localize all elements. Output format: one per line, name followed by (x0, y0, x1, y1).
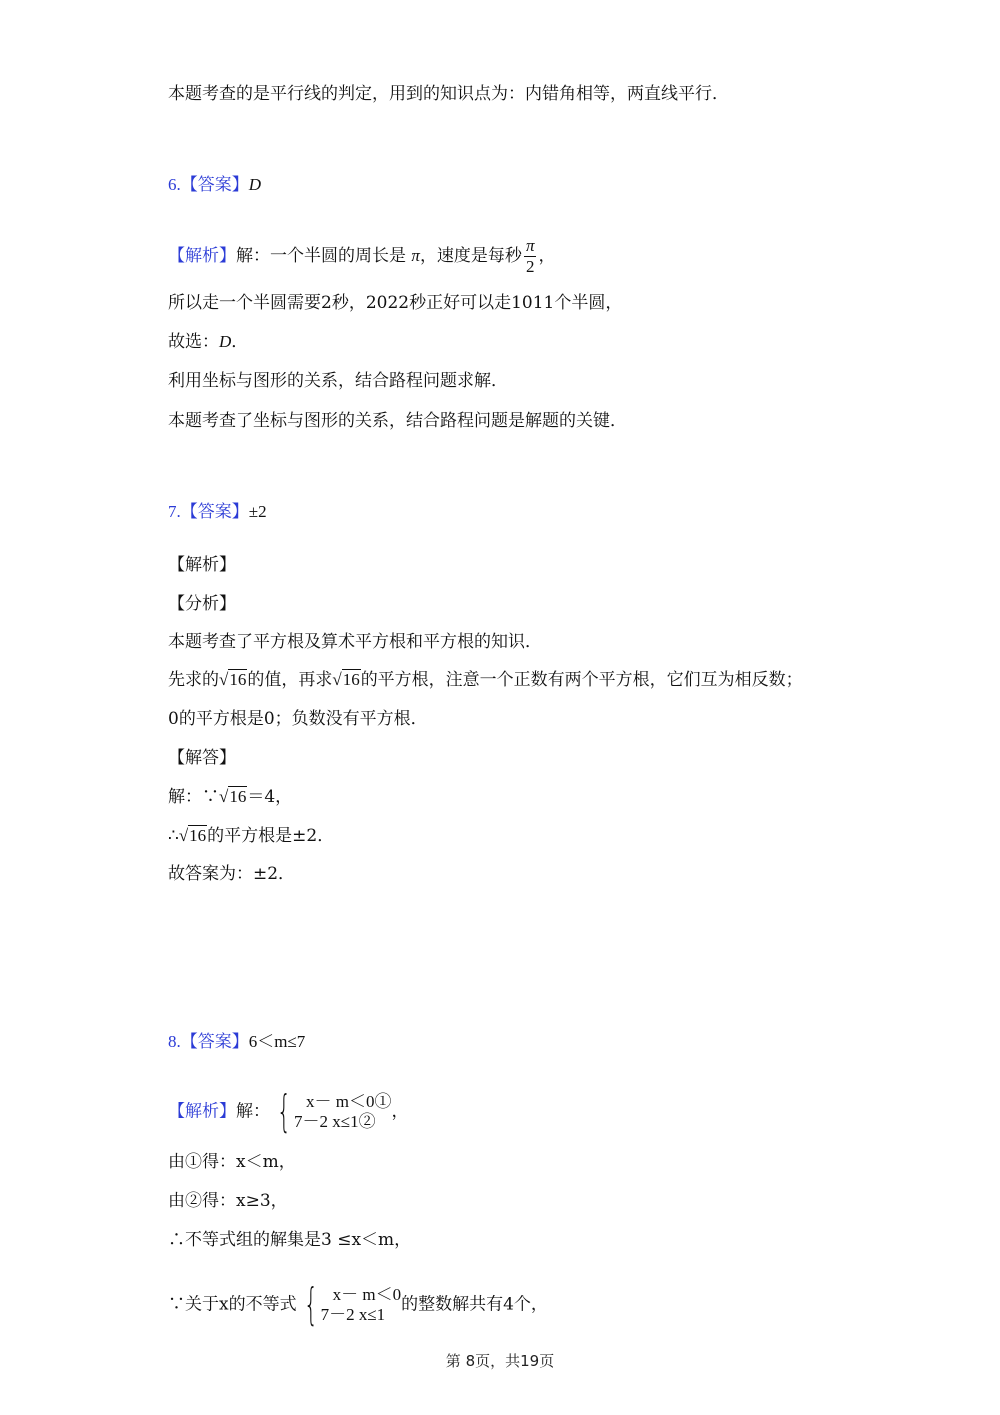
fraction-pi-over-2: π2 (524, 236, 537, 277)
radicand: 16 (188, 825, 207, 845)
q6-text: 解：一个半圆的周长是 (236, 246, 406, 266)
q7-number: 7. (168, 502, 181, 521)
q6-answer: D (249, 175, 261, 194)
radicand: 16 (228, 786, 247, 806)
q8-text: ， (391, 1102, 408, 1122)
fraction-numerator: π (524, 236, 537, 257)
left-brace-icon: { (277, 1090, 291, 1134)
q7-jieda-label: 【解答】 (168, 746, 236, 770)
q7-analysis-label: 【解析】 (168, 553, 236, 577)
fraction-denominator: 2 (524, 257, 537, 277)
sqrt-16: √16 (219, 668, 247, 692)
q6-text: 故选： (168, 332, 219, 352)
q7-answer: ±2 (249, 502, 267, 521)
q6-line4: 利用坐标与图形的关系，结合路程问题求解． (168, 369, 508, 393)
equation-1: x－ m＜0 (321, 1285, 401, 1305)
q6-line3: 故选：D． (168, 330, 248, 354)
page-footer: 第 8页，共19页 (0, 1350, 1000, 1371)
radicand: 16 (228, 669, 247, 689)
q6-line5: 本题考查了坐标与图形的关系，结合路程问题是解题的关键． (168, 409, 627, 433)
sqrt-16: √16 (179, 824, 207, 848)
q7-line2: 先求的√16的值，再求√16的平方根，注意一个正数有两个平方根，它们互为相反数； (168, 668, 803, 692)
q7-sol1: 解：∵√16＝4， (168, 785, 292, 809)
q8-line3: ∴不等式组的解集是3 ≤x＜m， (168, 1228, 411, 1252)
q7-line1: 本题考查了平方根及算术平方根和平方根的知识． (168, 630, 542, 654)
q7-line3: 0的平方根是0；负数没有平方根． (168, 707, 428, 731)
therefore-symbol: ∴ (168, 826, 179, 846)
q7-answer-line: 7.【答案】±2 (168, 500, 267, 524)
q6-answer-line: 6.【答案】D (168, 173, 261, 197)
inequality-system: {x－ m＜0①7－2 x≤1② (270, 1090, 391, 1134)
q6-number: 6. (168, 175, 181, 194)
q7-text: ＝4， (247, 787, 292, 807)
q7-sol3: 故答案为：±2． (168, 862, 295, 886)
q7-answer-label: 【答案】 (181, 502, 249, 522)
q6-analysis-label: 【解析】 (168, 246, 236, 266)
q7-fenxi-label: 【分析】 (168, 592, 236, 616)
q7-text: 解：∵ (168, 787, 219, 807)
q8-text: ∵关于x的不等式 (168, 1295, 297, 1315)
sqrt-16: √16 (332, 668, 360, 692)
q8-text: 的整数解共有4个， (401, 1295, 548, 1315)
q8-answer-line: 8.【答案】6＜m≤7 (168, 1030, 305, 1054)
sqrt-16: √16 (219, 785, 247, 809)
inequality-system: {x－ m＜07－2 x≤1 (297, 1283, 401, 1327)
equation-1: x－ m＜0① (294, 1092, 391, 1112)
q7-text: 的平方根，注意一个正数有两个平方根，它们互为相反数； (361, 670, 803, 690)
q6-text: ． (231, 332, 248, 352)
q7-text: 的值，再求 (247, 670, 332, 690)
q7-text: 的平方根是±2． (207, 826, 334, 846)
q8-analysis-label: 【解析】 (168, 1102, 236, 1122)
q7-sol2: ∴√16的平方根是±2． (168, 824, 334, 848)
q6-choice: D (219, 332, 231, 351)
equation-2: 7－2 x≤1② (294, 1112, 391, 1132)
q8-analysis-line: 【解析】解：{x－ m＜0①7－2 x≤1②， (168, 1090, 408, 1134)
q8-answer: 6＜m≤7 (249, 1032, 306, 1051)
q6-text: ， (538, 246, 555, 266)
q8-number: 8. (168, 1032, 181, 1051)
q5-summary: 本题考查的是平行线的判定，用到的知识点为：内错角相等，两直线平行． (168, 82, 729, 106)
q8-line1: 由①得：x＜m， (168, 1150, 296, 1174)
left-brace-icon: { (304, 1283, 318, 1327)
q6-answer-label: 【答案】 (181, 175, 249, 195)
q6-line2: 所以走一个半圆需要2秒，2022秒正好可以走1011个半圆， (168, 291, 622, 315)
q8-line4: ∵关于x的不等式{x－ m＜07－2 x≤1的整数解共有4个， (168, 1283, 548, 1327)
q8-text: 解： (236, 1102, 270, 1122)
q8-answer-label: 【答案】 (181, 1032, 249, 1052)
radicand: 16 (342, 669, 361, 689)
q6-text: ，速度是每秒 (420, 246, 522, 266)
q6-analysis-line: 【解析】解：一个半圆的周长是 π，速度是每秒π2， (168, 236, 555, 277)
equation-2: 7－2 x≤1 (321, 1305, 401, 1325)
pi-symbol: π (411, 246, 420, 265)
q7-text: 先求的 (168, 670, 219, 690)
q8-line2: 由②得：x≥3， (168, 1189, 288, 1213)
